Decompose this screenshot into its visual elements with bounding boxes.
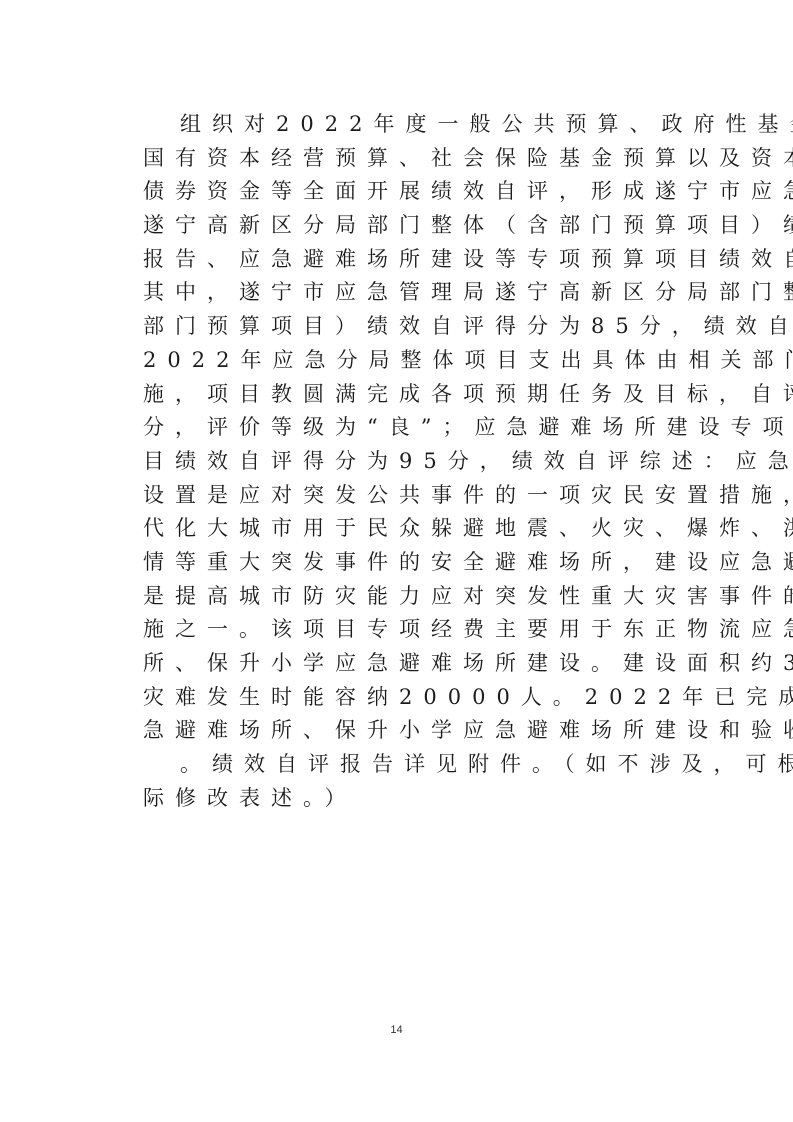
paragraph-1-line-7: 部门预算项目）绩效自评得分为85分，绩效自评综述：: [143, 310, 663, 344]
paragraph-1-line-6: 其中，遂宁市应急管理局遂宁高新区分局部门整体（含: [143, 276, 663, 310]
paragraph-1-line-16: 施之一。该项目专项经费主要用于东正物流应急避难场: [143, 613, 663, 647]
page-number: 14: [0, 1024, 793, 1036]
paragraph-1-line-9: 施，项目教圆满完成各项预期任务及目标，自评得分85: [143, 378, 663, 412]
paragraph-1-line-18: 灾难发生时能容纳20000人。2022年已完成东正物流应: [143, 681, 663, 715]
paragraph-1-line-15: 是提高城市防灾能力应对突发性重大灾害事件的重要措: [143, 580, 663, 614]
paragraph-1-line-10: 分，评价等级为“良”；应急避难场所建设专项预算项: [143, 411, 663, 445]
paragraph-1-line-14: 情等重大突发事件的安全避难场所，建设应急避难场所: [143, 546, 663, 580]
paragraph-1-line-1: 组织对2022年度一般公共预算、政府性基金预算、: [143, 108, 663, 142]
body-text: 组织对2022年度一般公共预算、政府性基金预算、 国有资本经营预算、社会保险基金…: [143, 108, 663, 815]
paragraph-1-line-17: 所、保升小学应急避难场所建设。建设面积约30000㎡，: [143, 647, 663, 681]
paragraph-1-line-8: 2022年应急分局整体项目支出具体由相关部门按计划实: [143, 344, 663, 378]
paragraph-1-line-3: 债券资金等全面开展绩效自评，形成遂宁市应急管理局: [143, 175, 663, 209]
paragraph-1-line-11: 目绩效自评得分为95分，绩效自评综述：应急避难场所: [143, 445, 663, 479]
paragraph-1-line-5: 报告、应急避难场所建设等专项预算项目绩效自评报告，: [143, 243, 663, 277]
paragraph-1-line-13: 代化大城市用于民众躲避地震、火灾、爆炸、洪水、疫: [143, 512, 663, 546]
paragraph-1-line-19: 急避难场所、保升小学应急避难场所建设和验收工作。: [143, 714, 663, 748]
paragraph-2-line-1: 。绩效自评报告详见附件。（如不涉及，可根据实: [143, 748, 663, 782]
paragraph-1-line-12: 设置是应对突发公共事件的一项灾民安置措施，也是现: [143, 479, 663, 513]
paragraph-2-line-2: 际修改表述。）: [143, 782, 663, 816]
paragraph-1-line-2: 国有资本经营预算、社会保险基金预算以及资本资产、: [143, 142, 663, 176]
paragraph-1-line-4: 遂宁高新区分局部门整体（含部门预算项目）绩效自评: [143, 209, 663, 243]
document-page: 组织对2022年度一般公共预算、政府性基金预算、 国有资本经营预算、社会保险基金…: [0, 0, 793, 1122]
